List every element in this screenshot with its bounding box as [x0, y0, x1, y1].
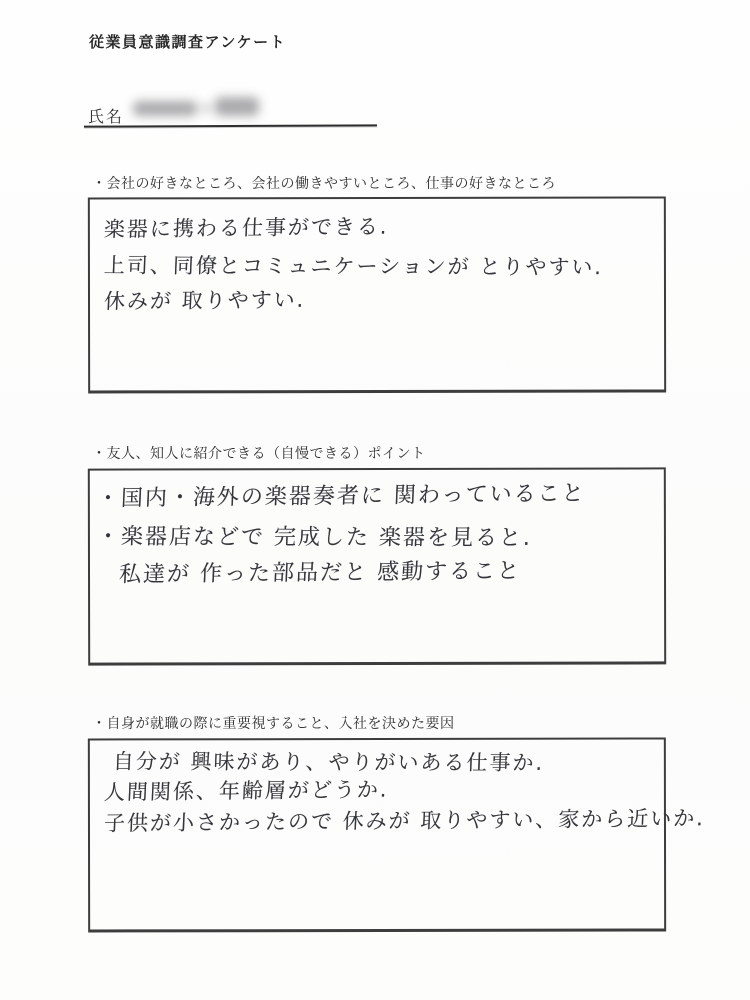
question-label-job-decision-factors: ・自身が就職の際に重要視すること、入社を決めた要因	[92, 713, 455, 733]
handwritten-line: 子供が小さかったので 休みが 取りやすい、家から近いか.	[103, 804, 664, 840]
scanned-survey-page: 従業員意識調査アンケート 氏名 ・会社の好きなところ、会社の働きやすいところ、仕…	[0, 0, 750, 1000]
handwritten-answer: ・国内・海外の楽器奏者に 関わっていること ・楽器店などで 完成した 楽器を見る…	[90, 469, 664, 594]
handwritten-line: 人間関係、年齢層がどうか.	[103, 772, 664, 809]
handwritten-answer: 自分が 興味があり、やりがいある仕事か. 人間関係、年齢層がどうか. 子供が小さ…	[90, 739, 664, 839]
redacted-name-blur	[215, 97, 259, 116]
redacted-name-blur	[200, 104, 212, 112]
handwritten-line: ・国内・海外の楽器奏者に 関わっていること	[96, 474, 665, 518]
handwritten-line: 楽器に携わる仕事ができる.	[103, 206, 664, 248]
handwritten-line: 休みが 取りやすい.	[103, 279, 665, 320]
name-label: 氏名	[88, 104, 124, 127]
name-underline	[84, 124, 377, 127]
answer-box-proud-points: ・国内・海外の楽器奏者に 関わっていること ・楽器店などで 完成した 楽器を見る…	[88, 467, 666, 665]
page-title: 従業員意識調査アンケート	[89, 31, 286, 52]
answer-box-company-likes: 楽器に携わる仕事ができる. 上司、同僚とコミュニケーションが とりやすい. 休み…	[88, 196, 666, 393]
question-label-company-likes: ・会社の好きなところ、会社の働きやすいところ、仕事の好きなところ	[92, 173, 556, 193]
question-label-proud-points: ・友人、知人に紹介できる（自慢できる）ポイント	[92, 443, 426, 463]
handwritten-line: 私達が 作った部品だと 感動すること	[118, 552, 665, 595]
handwritten-answer: 楽器に携わる仕事ができる. 上司、同僚とコミュニケーションが とりやすい. 休み…	[90, 198, 664, 319]
answer-box-job-decision-factors: 自分が 興味があり、やりがいある仕事か. 人間関係、年齢層がどうか. 子供が小さ…	[88, 737, 666, 932]
redacted-name-blur	[133, 101, 197, 116]
